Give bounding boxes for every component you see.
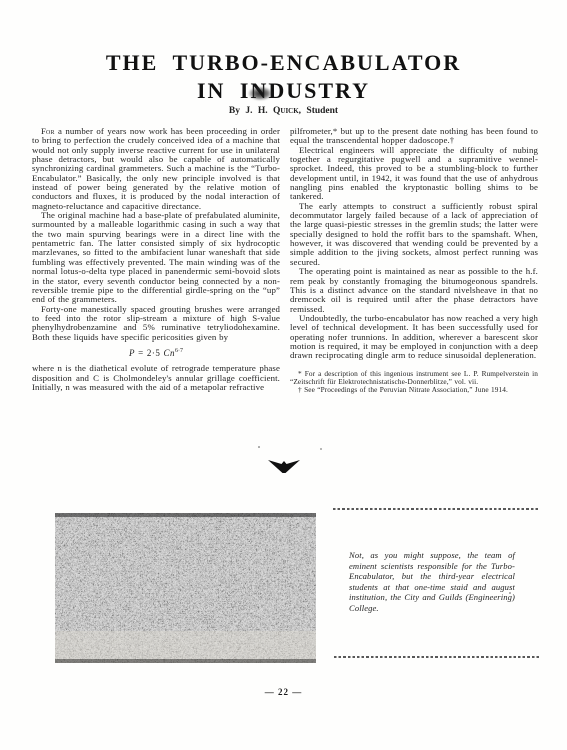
students-photo	[55, 513, 316, 663]
page-title-line2: IN INDUSTRY	[0, 78, 567, 104]
formula: P = 2·5 Cn6·7	[32, 347, 280, 358]
paragraph: Electrical engineers will appreciate the…	[290, 146, 538, 202]
paragraph: where n is the diathetical evolute of re…	[32, 364, 280, 392]
paragraph: The operating point is maintained as nea…	[290, 267, 538, 314]
magazine-page: THE TURBO-ENCABULATOR IN INDUSTRY By J. …	[0, 0, 567, 750]
paragraph: Forty-one manestically spaced grouting b…	[32, 305, 280, 342]
page-title: THE TURBO-ENCABULATOR	[0, 50, 567, 76]
right-column-text: pilfrometer,* but up to the present date…	[290, 127, 538, 361]
down-arrow-icon	[268, 460, 300, 474]
divider-dashed-bottom	[334, 656, 540, 658]
footnote: † See “Proceedings of the Peruvian Nitra…	[290, 386, 538, 394]
paragraph: pilfrometer,* but up to the present date…	[290, 127, 538, 146]
paragraph: For a number of years now work has been …	[32, 127, 280, 211]
paragraph: The original machine had a base-plate of…	[32, 211, 280, 304]
left-column: For a number of years now work has been …	[32, 127, 280, 457]
scan-speck	[320, 448, 322, 450]
right-column: pilfrometer,* but up to the present date…	[290, 127, 538, 457]
byline-prefix: By J. H.	[229, 106, 273, 116]
scan-speck	[258, 446, 260, 448]
ink-blot	[246, 83, 278, 104]
byline: By J. H. Quick, Student	[0, 106, 567, 116]
page-number: — 22 —	[0, 687, 567, 697]
byline-suffix: , Student	[299, 106, 338, 116]
photo-caption: Not, as you might suppose, the team of e…	[349, 550, 515, 613]
byline-author: Quick	[273, 106, 299, 116]
footnotes: * For a description of this ingenious in…	[290, 370, 538, 395]
paragraph: The early attempts to construct a suffic…	[290, 202, 538, 267]
footnote: * For a description of this ingenious in…	[290, 370, 538, 386]
divider-dashed-top	[333, 508, 538, 510]
article-body: For a number of years now work has been …	[32, 127, 538, 457]
paragraph: Undoubtedly, the turbo-encabulator has n…	[290, 314, 538, 361]
